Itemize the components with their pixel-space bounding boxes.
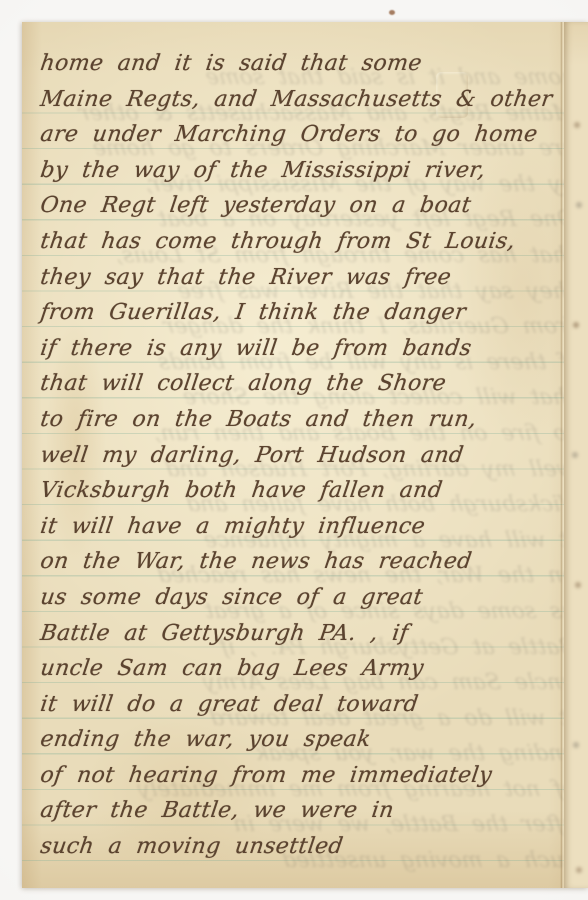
letter-line: us some days since of a great: [38, 580, 587, 616]
letter-line: of not hearing from me immediately: [38, 758, 587, 794]
letter-line: well my darling, Port Hudson and: [38, 438, 587, 474]
scanned-letter-view: home and it is said that someMaine Regts…: [0, 0, 588, 900]
letter-line: after the Battle, we were in: [38, 793, 587, 829]
letter-line: Battle at Gettysburgh PA. , if: [38, 616, 587, 652]
letter-line: are under Marching Orders to go home: [38, 117, 587, 153]
letter-line: home and it is said that some: [38, 46, 587, 82]
rust-spot: [389, 10, 395, 15]
letter-line: on the War, the news has reached: [38, 544, 587, 580]
letter-line: One Regt left yesterday on a boat: [38, 188, 587, 224]
letter-line: by the way of the Mississippi river,: [38, 153, 587, 189]
letter-line: they say that the River was free: [38, 260, 587, 296]
adjacent-page-edge: [564, 22, 588, 888]
letter-line: such a moving unsettled: [38, 829, 587, 865]
letter-line: uncle Sam can bag Lees Army: [38, 651, 587, 687]
letter-line: that has come through from St Louis,: [38, 224, 587, 260]
letter-line: from Guerillas, I think the danger: [38, 295, 587, 331]
letter-line: Maine Regts, and Massachusetts & other: [38, 82, 587, 118]
letter-line: it will do a great deal toward: [38, 687, 587, 723]
letter-line: that will collect along the Shore: [38, 366, 587, 402]
letter-line: to fire on the Boats and then run,: [38, 402, 587, 438]
letter-line: Vicksburgh both have fallen and: [38, 473, 587, 509]
letter-line: ending the war, you speak: [38, 722, 587, 758]
handwriting-layer: home and it is said that someMaine Regts…: [38, 46, 582, 888]
letter-line: it will have a mighty influence: [38, 509, 587, 545]
letter-line: if there is any will be from bands: [38, 331, 587, 367]
letter-page: home and it is said that someMaine Regts…: [22, 22, 588, 888]
